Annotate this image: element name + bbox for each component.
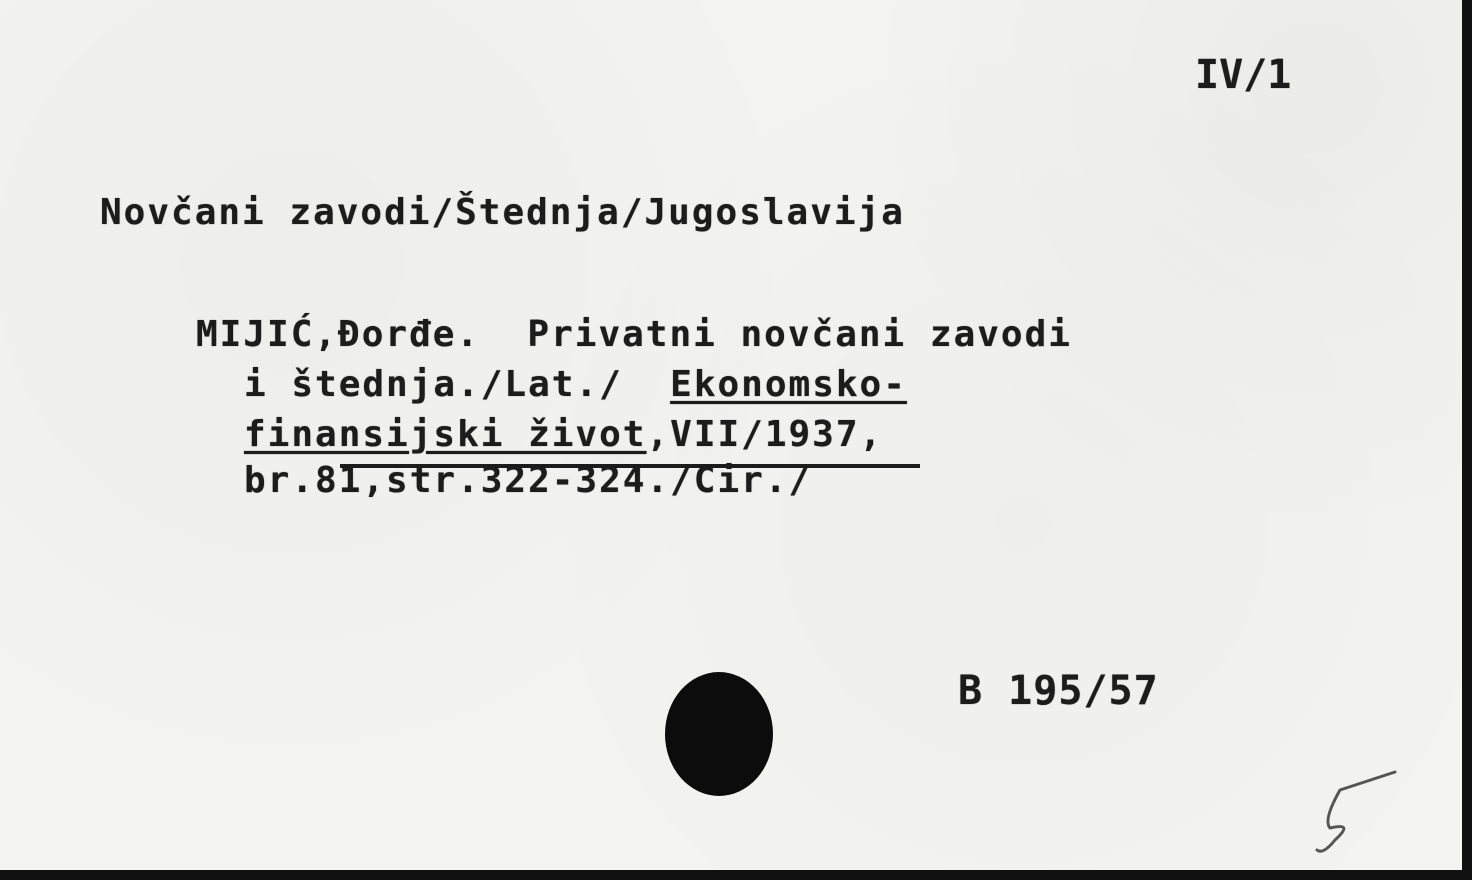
- script-note-latin: /Lat./: [481, 364, 623, 405]
- subject-heading: Novčani zavodi/Štednja/Jugoslavija: [100, 192, 905, 233]
- journal-title-part1: Ekonomsko-: [670, 364, 907, 405]
- shelfmark: IV/1: [1195, 52, 1291, 98]
- entry-author-title: MIJIĆ,Đorđe. Privatni novčani zavodi: [196, 314, 1072, 355]
- entry-title-continued: i štednja./Lat./ Ekonomsko-: [244, 364, 907, 405]
- catalog-card: IV/1 Novčani zavodi/Štednja/Jugoslavija …: [0, 0, 1472, 880]
- punch-hole: [665, 672, 773, 796]
- entry-title-end: i štednja.: [244, 364, 481, 405]
- call-number: B 195/57: [958, 668, 1159, 714]
- handwritten-number-5: [1305, 760, 1415, 860]
- entry-issue-pages: br.81,str.322-324./Cir./: [244, 460, 812, 501]
- journal-title-part2: finansijski život: [244, 414, 646, 455]
- journal-volume-year: ,VII/1937,: [646, 414, 883, 455]
- entry-journal-line: finansijski život,VII/1937,: [244, 414, 883, 455]
